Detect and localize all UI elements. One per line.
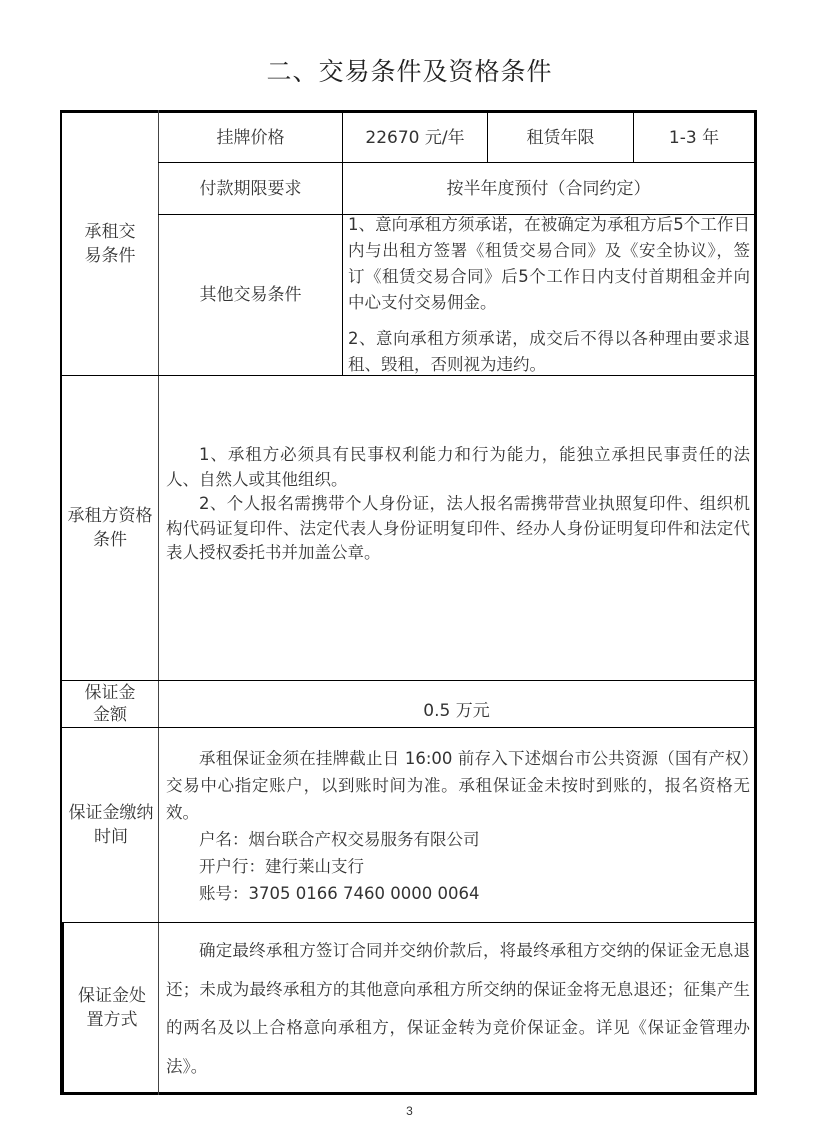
table-border-right (754, 110, 757, 1095)
account-number: 账号：3705 0166 7460 0000 0064 (166, 880, 750, 907)
conditions-table: 承租交易条件 挂牌价格 22670 元/年 租赁年限 1-3 年 付款期限要求 … (0, 0, 819, 1145)
table-border-left-thick (60, 922, 64, 1095)
page-number: 3 (0, 1104, 819, 1118)
trade-conditions-label-text: 承租交易条件 (80, 220, 140, 268)
deposit-amount-value: 0.5 万元 (159, 688, 754, 734)
other-conditions-content: 1、意向承租方须承诺，在被确定为承租方后5个工作日内与出租方签署《租赁交易合同》… (348, 212, 750, 378)
account-name: 户名：烟台联合产权交易服务有限公司 (166, 826, 750, 853)
lease-term-value: 1-3 年 (634, 113, 754, 162)
other-condition-item: 1、意向承租方须承诺，在被确定为承租方后5个工作日内与出租方签署《租赁交易合同》… (348, 212, 750, 316)
deposit-amount-value-text: 0.5 万元 (423, 699, 489, 723)
qualification-content: 1、承租方必须具有民事权利能力和行为能力，能独立承担民事责任的法人、自然人或其他… (166, 443, 750, 566)
qualification-label-text: 承租方资格条件 (66, 504, 154, 552)
trade-conditions-label: 承租交易条件 (80, 113, 140, 375)
deposit-disposal-content: 确定最终承租方签订合同并交纳价款后，将最终承租方交纳的保证金无息退还；未成为最终… (166, 932, 750, 1086)
deposit-payment-content: 承租保证金须在挂牌截止日 16:00 前存入下述烟台市公共资源（国有产权）交易中… (166, 745, 750, 907)
deposit-payment-label: 保证金缴纳时间 (66, 728, 156, 922)
deposit-disposal-label-text: 保证金处置方式 (70, 984, 154, 1032)
listing-price-label: 挂牌价格 (159, 113, 342, 162)
lease-term-label: 租赁年限 (488, 113, 633, 162)
deposit-disposal-label: 保证金处置方式 (70, 923, 154, 1093)
row-divider (60, 922, 757, 923)
listing-price-label-text: 挂牌价格 (217, 126, 285, 150)
bank-name: 开户行：建行莱山支行 (166, 853, 750, 880)
deposit-payment-text: 承租保证金须在挂牌截止日 16:00 前存入下述烟台市公共资源（国有产权）交易中… (166, 745, 750, 826)
qualification-item: 1、承租方必须具有民事权利能力和行为能力，能独立承担民事责任的法人、自然人或其他… (166, 443, 750, 492)
deposit-disposal-text: 确定最终承租方签订合同并交纳价款后，将最终承租方交纳的保证金无息退还；未成为最终… (166, 932, 750, 1086)
lease-term-value-text: 1-3 年 (669, 126, 719, 150)
deposit-amount-label-text: 保证金金额 (80, 682, 140, 726)
qualification-item: 2、个人报名需携带个人身份证，法人报名需携带营业执照复印件、组织机构代码证复印件… (166, 492, 750, 566)
payment-term-value: 按半年度预付（合同约定） (343, 163, 754, 214)
row-divider (60, 680, 757, 681)
other-condition-item: 2、意向承租方须承诺，成交后不得以各种理由要求退租、毁租，否则视为违约。 (348, 326, 750, 378)
listing-price-value-text: 22670 元/年 (365, 126, 464, 150)
table-border-bottom (60, 1092, 757, 1095)
other-conditions-label-text: 其他交易条件 (200, 283, 302, 307)
deposit-payment-label-text: 保证金缴纳时间 (66, 801, 156, 849)
deposit-amount-label: 保证金金额 (80, 681, 140, 727)
payment-term-label-text: 付款期限要求 (200, 177, 302, 201)
payment-term-value-text: 按半年度预付（合同约定） (447, 177, 651, 201)
payment-term-label: 付款期限要求 (159, 163, 342, 214)
qualification-label: 承租方资格条件 (66, 376, 154, 680)
other-conditions-label: 其他交易条件 (159, 215, 342, 375)
lease-term-label-text: 租赁年限 (527, 126, 595, 150)
listing-price-value: 22670 元/年 (343, 113, 487, 162)
